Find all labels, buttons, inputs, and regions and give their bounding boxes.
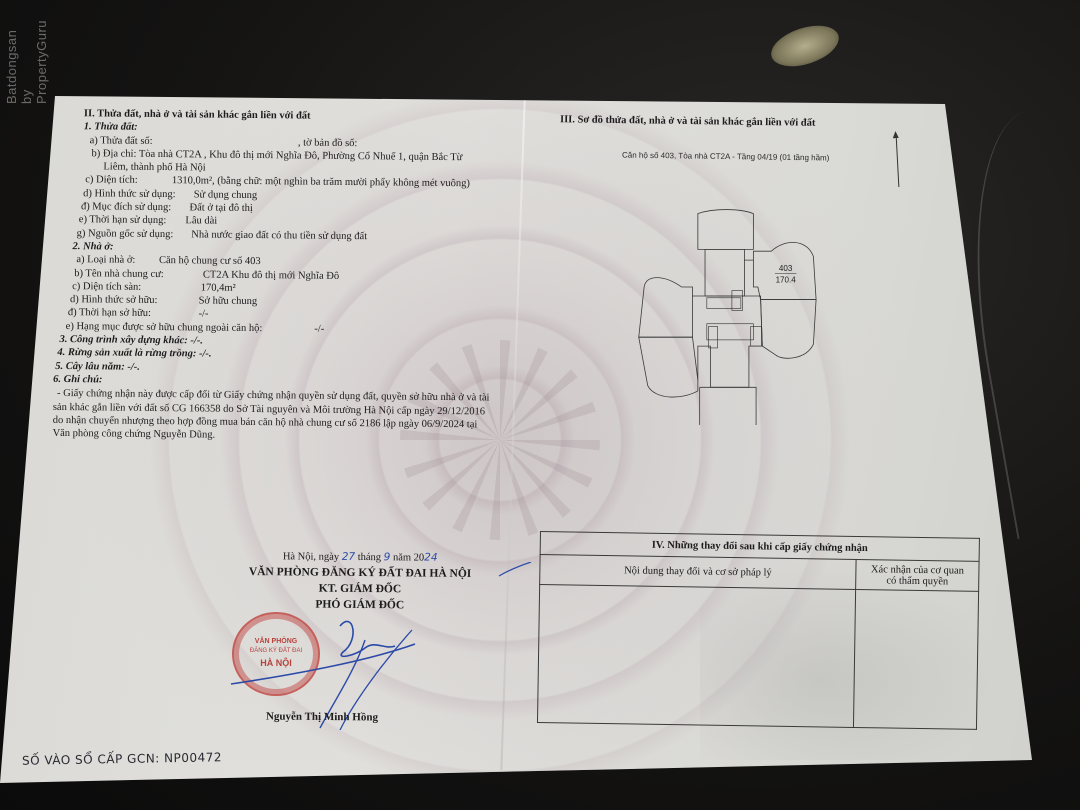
- notes-text: - Giấy chứng nhận này được cấp đổi từ Gi…: [53, 387, 494, 445]
- changes-col-content: Nội dung thay đổi và cơ sở pháp lý: [540, 555, 857, 590]
- changes-confirmation-cell: [854, 589, 979, 729]
- coin-object: [766, 18, 844, 74]
- changes-col-confirmation: Xác nhận của cơ quan có thẩm quyền: [856, 559, 979, 591]
- issue-day: 27: [342, 551, 355, 563]
- batdongsan-watermark: Batdongsan by PropertyGuru: [4, 14, 44, 104]
- plan-caption: Căn hộ số 403, Tòa nhà CT2A - Tầng 04/19…: [622, 151, 830, 163]
- certificate-paper: II. Thửa đất, nhà ở và tài sản khác gắn …: [0, 0, 1080, 810]
- unit-area: 170.4: [776, 276, 797, 285]
- floor-plan: 403 170.4: [628, 188, 834, 438]
- issue-year: 24: [424, 552, 437, 564]
- signer-name: Nguyễn Thị Minh Hồng: [266, 711, 378, 725]
- section-iii-title: III. Sơ đồ thửa đất, nhà ở và tài sản kh…: [560, 114, 816, 129]
- certificate-serial: SỐ VÀO SỔ CẤP GCN: NP00472: [22, 750, 222, 767]
- changes-content-cell: [537, 585, 855, 728]
- north-arrow-icon: [896, 135, 900, 187]
- changes-table: IV. Những thay đổi sau khi cấp giấy chứn…: [537, 531, 980, 730]
- office-name: VĂN PHÒNG ĐĂNG KÝ ĐẤT ĐAI HÀ NỘI: [200, 564, 520, 583]
- pen-mark: [495, 562, 535, 582]
- section-ii: II. Thửa đất, nhà ở và tài sản khác gắn …: [59, 108, 512, 446]
- unit-label: 403: [779, 264, 793, 273]
- issue-month: 9: [384, 551, 391, 563]
